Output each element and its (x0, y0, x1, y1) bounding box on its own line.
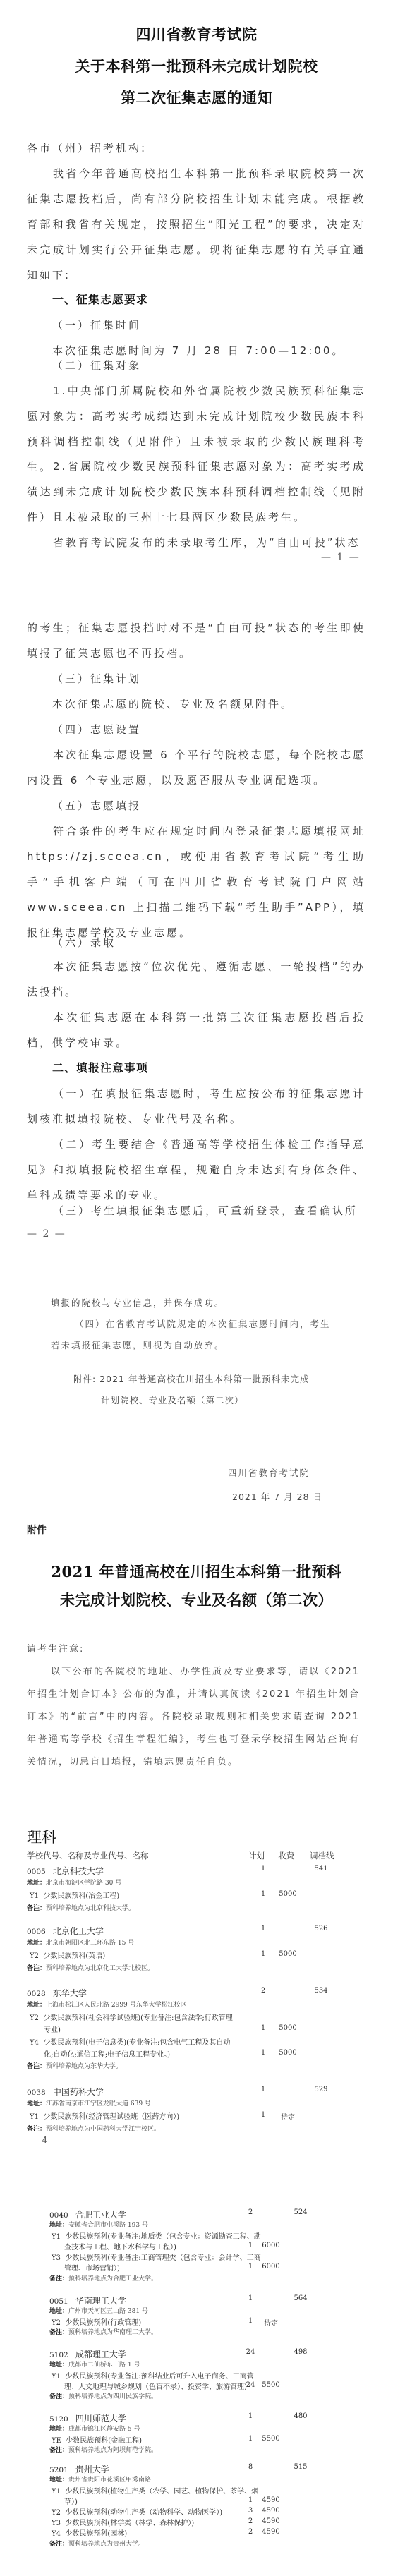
school-cutoff: 541 (310, 1865, 332, 1873)
major-name: 少数民族预科(行政管理) (65, 2319, 141, 2327)
school-cutoff: 564 (290, 2294, 311, 2302)
column-header-name: 学校代号、名称及专业代号、名称 (27, 1850, 149, 1861)
note-label: 备注： (49, 2275, 68, 2282)
major-fee: 4590 (260, 2517, 282, 2525)
school-note: 预科培养地点为华南理工大学。 (68, 2329, 157, 2336)
major-fee: 5000 (277, 2049, 298, 2057)
major-name-continued: 管理、市场营销）) (64, 2262, 120, 2273)
major-name: 少数民族预科(林学类（林学、森林保护）) (65, 2520, 194, 2527)
section-1-sub1-heading: （一）征集时间 (52, 313, 391, 338)
school-note: 预科培养地点为中国药科大学江宁校区。 (46, 2126, 160, 2133)
major-plan: 1 (258, 2111, 268, 2119)
major-plan: 24 (244, 2381, 257, 2389)
address-label: 地址： (27, 2100, 46, 2108)
major-plan: 1 (258, 2049, 268, 2057)
major-name: 少数民族预科(社会科学试验班)(专业备注:包含法学;行政管理 (43, 2014, 232, 2022)
school-note: 预科培养地点为四川民族学院。 (68, 2393, 157, 2400)
major-fee: 4590 (260, 2507, 282, 2515)
school-address: 北京市朝阳区北三环东路 15 号 (46, 1940, 134, 1947)
major-fee: 4590 (260, 2496, 282, 2504)
section-2-heading: 二、填报注意事项 (52, 1056, 391, 1081)
section-1-sub2-heading: （二）征集对象 (52, 353, 391, 378)
address-label: 地址： (49, 2308, 68, 2315)
major-plan: 1 (258, 2024, 268, 2032)
note-label: 备注： (27, 1905, 46, 1912)
school-code: 5120 (49, 2415, 68, 2424)
school-note: 预科培养地点为贵州大学。 (68, 2541, 145, 2548)
notice-title-line-1: 四川省教育考试院 (0, 23, 393, 44)
major-code: Y2 (52, 2509, 61, 2517)
school-name: 合肥工业大学 (75, 2210, 126, 2220)
major-code: Y3 (52, 2254, 61, 2262)
major-name: 少数民族预科(专业备注:预科结业后可升入电子商务、工商管 (65, 2373, 253, 2381)
section-2-item1: （一）在填报征集志愿时，考生应按公布的征集志愿计划核准拟填报院校、专业代号及名称… (27, 1081, 365, 1132)
school-plan: 1 (246, 2412, 255, 2420)
column-header-cutoff: 调档线 (310, 1850, 334, 1861)
major-plan: 1 (246, 2496, 255, 2504)
major-code: YE (52, 2437, 61, 2445)
major-code: Y1 (52, 2373, 61, 2381)
section-1-sub2-note-part2: 的考生；征集志愿投档时对不是“自由可投”状态的考生即使填报了征集志愿也不再投档。 (27, 615, 365, 666)
major-name-continued: 专业) (44, 2024, 61, 2034)
school-note: 预科培养地点为东华大学。 (46, 2063, 122, 2070)
school-address: 成都市二仙桥东三路 1 号 (68, 2362, 140, 2369)
school-plan: 8 (246, 2463, 255, 2471)
address-label: 地址： (27, 2002, 46, 2009)
section-1-sub4-heading: （四）志愿设置 (52, 717, 391, 742)
major-code: Y2 (30, 1952, 39, 1960)
school-plan: 2 (258, 1987, 268, 1995)
page-number-4: — 4 — (27, 2136, 64, 2146)
category-label: 理科 (27, 1826, 56, 1847)
major-name-continued: 理、人文地理与城乡规划（色盲不录）、投资学、旅游管理) (64, 2381, 247, 2391)
major-plan: 2 (246, 2517, 255, 2525)
school-code: 5201 (49, 2466, 68, 2474)
appendix-title-line-2: 未完成计划院校、专业及名额（第二次） (0, 1589, 393, 1610)
school-code: 0038 (27, 2088, 46, 2097)
section-1-sub5-heading: （五）志愿填报 (52, 793, 391, 818)
major-name: 少数民族预科(金融工程) (66, 2437, 142, 2445)
school-name: 华南理工大学 (75, 2296, 126, 2306)
intro-paragraph: 我省今年普通高校招生本科第一批预科录取院校第一次征集志愿投档后，尚有部分院校招生… (27, 161, 365, 288)
major-name: 少数民族预科(经济管理试验班（医药方向）) (43, 2113, 179, 2121)
note-label: 备注： (27, 2063, 46, 2070)
school-plan: 24 (244, 2348, 257, 2356)
major-plan: 1 (246, 2435, 255, 2443)
major-fee: 5000 (277, 2024, 298, 2032)
school-name: 东华大学 (53, 1988, 87, 1998)
major-fee: 4590 (260, 2528, 282, 2536)
school-name: 成都理工大学 (75, 2350, 126, 2359)
section-1-sub3-heading: （三）征集计划 (52, 666, 391, 691)
school-code: 0028 (27, 1990, 46, 1998)
address-label: 地址： (49, 2362, 68, 2369)
school-cutoff: 524 (290, 2208, 311, 2216)
major-name: 少数民族预科(园林) (65, 2530, 127, 2538)
school-cutoff: 534 (310, 1987, 332, 1995)
appendix-notice-heading: 请考生注意: (27, 1638, 365, 1661)
school-cutoff: 480 (290, 2412, 311, 2420)
school-cutoff: 498 (290, 2348, 311, 2356)
signature-date: 2021 年 7 月 28 日 (232, 1490, 322, 1503)
section-2-item3-part2: 填报的院校与专业信息，并保存成功。 (51, 1293, 340, 1314)
note-label: 备注： (27, 1965, 46, 1972)
address-label: 地址： (49, 2222, 68, 2229)
major-code: Y4 (30, 2039, 39, 2047)
section-1-sub5-text: 符合条件的考生应在规定时间内登录征集志愿填报网址 https://zj.scee… (27, 818, 365, 945)
school-code: 0005 (27, 1868, 46, 1876)
section-2-item3-part1: （三）考生填报征集志愿后，可重新登录，查看确认所 (27, 1198, 365, 1223)
major-name: 少数民族预科(英语) (43, 1952, 105, 1960)
major-fee: 待定 (260, 2317, 282, 2328)
major-code: Y2 (30, 2014, 39, 2022)
school-address: 北京市海淀区学院路 30 号 (46, 1880, 121, 1887)
address-label: 地址： (49, 2477, 68, 2484)
major-plan: 2 (246, 2528, 255, 2536)
school-address: 贵州省贵阳市花溪区甲秀南路 (68, 2477, 151, 2484)
major-plan: 1 (258, 1890, 268, 1898)
school-plan: 2 (246, 2208, 255, 2216)
major-name: 少数民族预科(冶金工程) (43, 1892, 119, 1900)
major-name: 少数民族预科(动物生产类（动物科学、动物医学）) (65, 2509, 222, 2517)
major-code: Y4 (52, 2530, 61, 2538)
address-label: 地址： (49, 2426, 68, 2433)
note-label: 备注： (49, 2447, 68, 2454)
major-name: 少数民族预科(专业备注:地质类（包含专业：资源勘查工程、勘 (65, 2233, 260, 2241)
appendix-title-line-1: 2021 年普通高校在川招生本科第一批预科 (0, 1561, 393, 1582)
school-address: 广州市天河区五山路 381 号 (68, 2308, 148, 2315)
school-name: 中国药科大学 (53, 2087, 104, 2097)
school-plan: 1 (258, 2086, 268, 2093)
attachment-ref-line-1: 附件: 2021 年普通高校在川招生本科第一批预科未完成 (73, 1372, 309, 1385)
major-name: 少数民族预科(电子信息类)(专业备注:包含电气工程及其自动 (43, 2039, 230, 2047)
major-name: 少数民族预科(植物生产类（农学、园艺、植物保护、茶学、烟 (65, 2488, 258, 2496)
note-label: 备注： (49, 2329, 68, 2336)
school-note: 预科培养地点为阿坝师范学院。 (68, 2447, 157, 2454)
section-1-sub3-text: 本次征集志愿的院校、专业及名额见附件。 (52, 691, 391, 717)
major-plan: 3 (246, 2507, 255, 2515)
section-1-sub6-text1: 本次征集志愿按“位次优先、遵循志愿、一轮投档”的办法投档。 (27, 954, 365, 1005)
major-code: Y3 (52, 2520, 61, 2527)
major-fee: 5000 (277, 1890, 298, 1898)
school-name: 北京化工大学 (53, 1926, 104, 1936)
page-number-2: — 2 — (27, 1228, 66, 1240)
section-1-sub2-item2: 2.省属院校少数民族预科征集志愿对象为：高考实考成绩达到未完成计划院校少数民族本… (27, 454, 365, 530)
major-name-continued: 化;自动化;通信工程;电子信息工程专业。) (44, 2048, 170, 2059)
major-fee: 5500 (260, 2381, 282, 2389)
school-name: 四川师范大学 (75, 2414, 126, 2424)
school-plan: 1 (258, 1925, 268, 1933)
school-address: 成都市锦江区静安路 5 号 (68, 2426, 140, 2433)
school-note: 预科培养地点为北京科技大学。 (46, 1905, 135, 1912)
school-note: 预科培养地点为北京化工大学北校区。 (46, 1965, 154, 1972)
school-address: 上海市松江区人民北路 2999 号东华大学松江校区 (46, 2002, 187, 2009)
attachment-ref-line-2: 计划院校、专业及名额（第二次） (101, 1393, 244, 1406)
major-name: 少数民族预科(专业备注:工商管理类（包含专业：会计学、工商 (65, 2254, 260, 2262)
major-fee: 5500 (260, 2435, 282, 2443)
addressee: 各市（州）招考机构: (27, 135, 365, 161)
major-plan: 1 (258, 1950, 268, 1958)
school-name: 贵州大学 (75, 2465, 109, 2474)
school-cutoff: 515 (290, 2463, 311, 2471)
section-2-item2: （二）考生要结合《普通高等学校招生体检工作指导意见》和拟填报院校招生章程，规避自… (27, 1132, 365, 1208)
major-fee: 6000 (260, 2263, 282, 2270)
school-code: 5102 (49, 2351, 68, 2359)
school-plan: 1 (258, 1865, 268, 1873)
school-code: 0006 (27, 1928, 46, 1936)
major-code: Y1 (52, 2488, 61, 2496)
major-plan: 1 (246, 2317, 255, 2325)
major-name-continued: 草）) (64, 2496, 78, 2506)
column-header-fee: 收费 (278, 1850, 294, 1861)
school-cutoff: 526 (310, 1925, 332, 1933)
note-label: 备注： (27, 2126, 46, 2133)
major-fee: 5000 (277, 1950, 298, 1958)
school-plan: 1 (246, 2294, 255, 2302)
school-note: 预科培养地点为合肥工业大学。 (68, 2275, 157, 2282)
school-name: 北京科技大学 (53, 1866, 104, 1876)
section-2-item4: （四）在省教育考试院规定的本次征集志愿时间内，考生若未填报征集志愿，则视为自动放… (51, 1314, 340, 1356)
signature-org: 四川省教育考试院 (228, 1466, 310, 1479)
column-header-plan: 计划 (248, 1850, 265, 1861)
appendix-label: 附件 (27, 1523, 47, 1537)
notice-title-line-2: 关于本科第一批预科未完成计划院校 (0, 55, 393, 76)
major-fee: 6000 (260, 2242, 282, 2249)
address-label: 地址： (27, 1880, 46, 1887)
address-label: 地址： (27, 1940, 46, 1947)
major-code: Y1 (30, 1892, 39, 1900)
school-code: 0051 (49, 2297, 68, 2306)
note-label: 备注： (49, 2541, 68, 2548)
school-address: 安徽省合肥市屯溪路 193 号 (68, 2222, 148, 2229)
section-1-sub6-heading: （六）录取 (52, 930, 391, 955)
notice-title-line-3: 第二次征集志愿的通知 (0, 87, 393, 108)
major-fee: 待定 (277, 2111, 298, 2122)
school-address: 江苏省南京市江宁区龙眠大道 639 号 (46, 2100, 151, 2108)
note-label: 备注： (49, 2393, 68, 2400)
major-code: Y2 (52, 2319, 61, 2327)
major-code: Y1 (52, 2233, 61, 2241)
major-plan: 1 (246, 2263, 255, 2270)
school-code: 0040 (49, 2211, 68, 2220)
section-1-sub2-note-part1: 省教育考试院发布的未录取考生库，为“自由可投”状态 (27, 530, 365, 555)
school-cutoff: 529 (310, 2086, 332, 2093)
major-name-continued: 查技术与工程、地下水科学与工程）) (64, 2241, 176, 2251)
section-1-sub4-text: 本次征集志愿设置 6 个平行的院校志愿，每个院校志愿内设置 6 个专业志愿，以及… (27, 742, 365, 793)
major-plan: 1 (246, 2242, 255, 2249)
major-code: Y1 (30, 2113, 39, 2121)
section-1-heading: 一、征集志愿要求 (52, 287, 391, 313)
section-1-sub6-text2: 本次征集志愿在本科第一批第三次征集志愿投档后投档，供学校审录。 (27, 1005, 365, 1056)
page-number-1: — 1 — (321, 552, 361, 563)
appendix-notice-text: 以下公布的各院校的地址、办学性质及专业要求等，请以《2021 年招生计划合订本》… (27, 1661, 360, 1774)
